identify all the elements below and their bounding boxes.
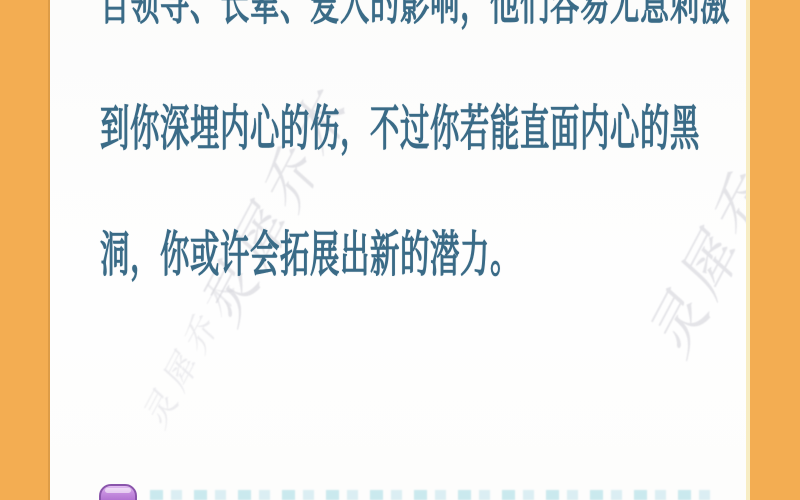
right-bar-divider [746, 0, 750, 500]
purse-icon [99, 484, 137, 500]
quote-card: 灵犀乔木 灵犀乔木 灵犀乔木 自领导、长辈、爱人的影响，他们容易无意刺激 到你深… [0, 0, 800, 500]
quote-paragraph: 自领导、长辈、爱人的影响，他们容易无意刺激 到你深埋内心的伤，不过你若能直面内心… [100, 0, 748, 318]
cutoff-text-row [150, 490, 710, 500]
quote-line-3: 洞，你或许会拓展出新的潜力。 [100, 192, 748, 318]
right-orange-bar [750, 0, 800, 500]
footer-cutoff-row [0, 482, 800, 500]
card-body: 灵犀乔木 灵犀乔木 灵犀乔木 自领导、长辈、爱人的影响，他们容易无意刺激 到你深… [50, 0, 750, 500]
quote-line-2: 到你深埋内心的伤，不过你若能直面内心的黑 [100, 66, 748, 192]
quote-line-1: 自领导、长辈、爱人的影响，他们容易无意刺激 [100, 0, 748, 66]
left-orange-bar [0, 0, 50, 500]
